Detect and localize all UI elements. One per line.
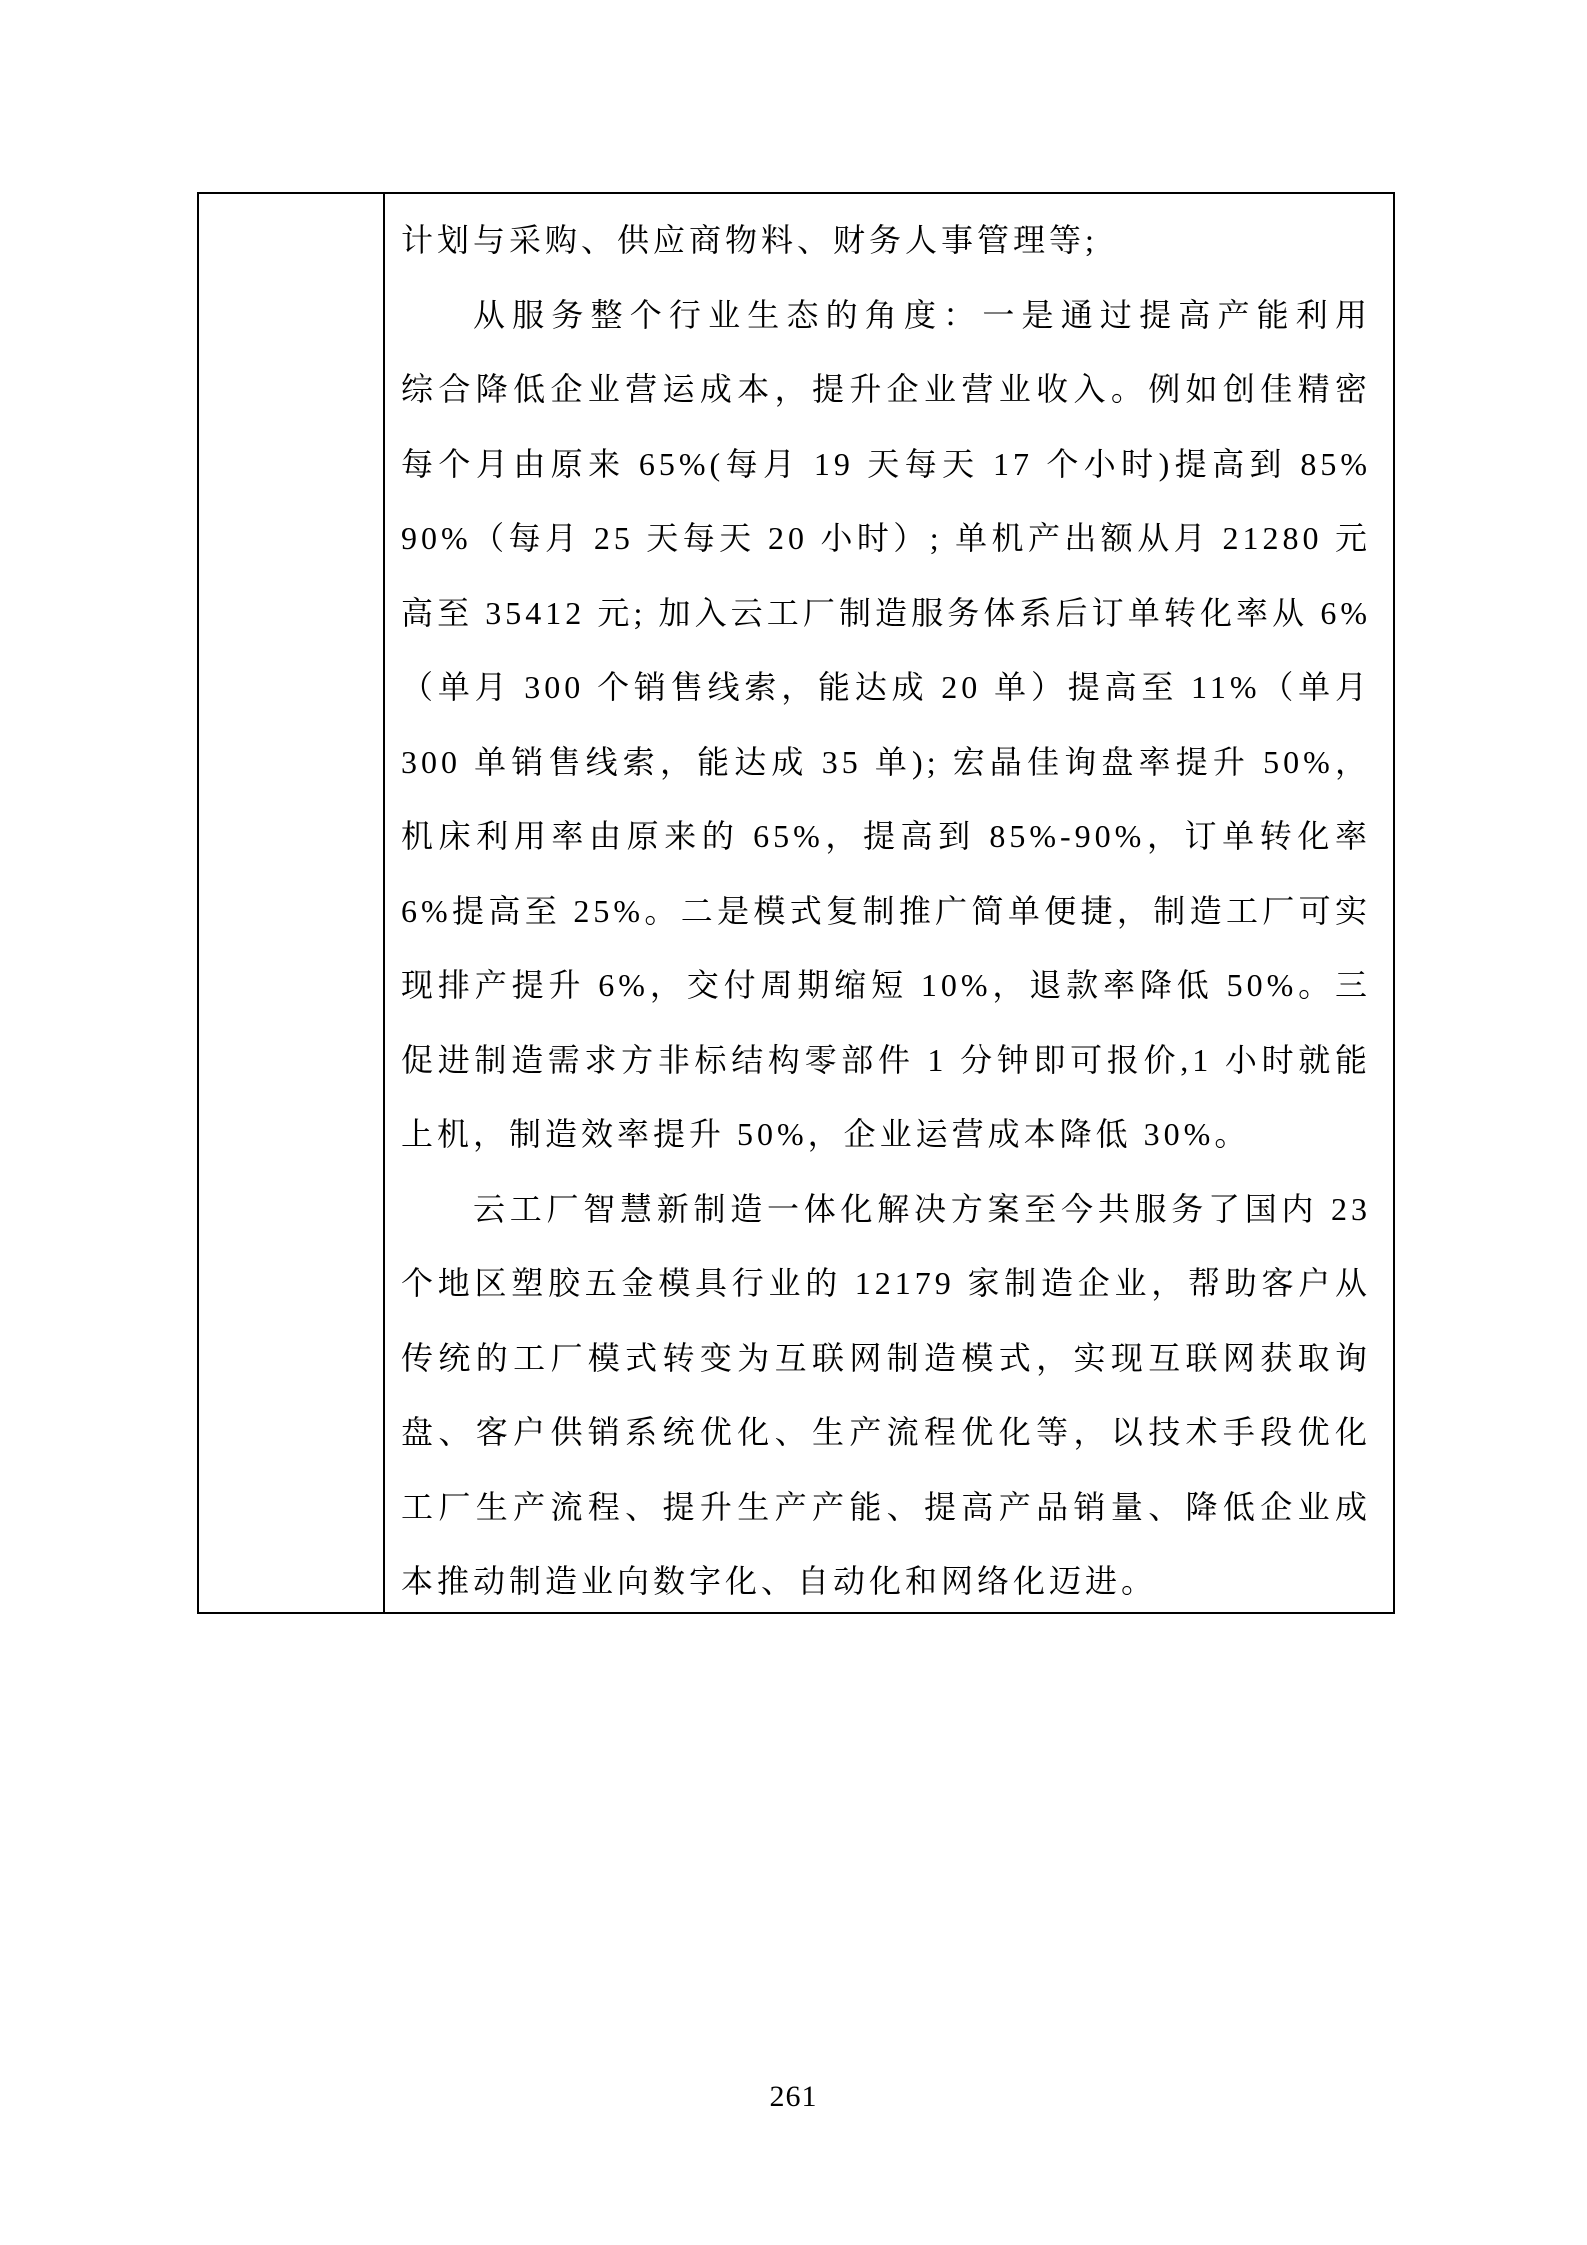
- content-table: 计划与采购、供应商物料、财务人事管理等; 从服务整个行业生态的角度：一是通过提高…: [197, 192, 1395, 1614]
- text-line: 现排产提升 6%，交付周期缩短 10%，退款率降低 50%。三是: [401, 948, 1371, 1023]
- text-line: 90%（每月 25 天每天 20 小时）; 单机产出额从月 21280 元提: [401, 501, 1371, 576]
- text-line: 上机，制造效率提升 50%，企业运营成本降低 30%。: [401, 1097, 1371, 1172]
- text-line: 6%提高至 25%。二是模式复制推广简单便捷，制造工厂可实: [401, 874, 1371, 949]
- text-line: 从服务整个行业生态的角度：一是通过提高产能利用率，: [401, 278, 1371, 353]
- page-number: 261: [0, 2080, 1587, 2114]
- text-line: 工厂生产流程、提升生产产能、提高产品销量、降低企业成: [401, 1470, 1371, 1545]
- text-line: 盘、客户供销系统优化、生产流程优化等，以技术手段优化: [401, 1395, 1371, 1470]
- text-line: （单月 300 个销售线索，能达成 20 单）提高至 11%（单月: [401, 650, 1371, 725]
- text-line: 云工厂智慧新制造一体化解决方案至今共服务了国内 23: [401, 1172, 1371, 1247]
- table-cell-content: 计划与采购、供应商物料、财务人事管理等; 从服务整个行业生态的角度：一是通过提高…: [385, 194, 1393, 1612]
- text-line: 综合降低企业营运成本，提升企业营业收入。例如创佳精密: [401, 352, 1371, 427]
- document-page: 计划与采购、供应商物料、财务人事管理等; 从服务整个行业生态的角度：一是通过提高…: [0, 0, 1587, 2245]
- text-line: 高至 35412 元; 加入云工厂制造服务体系后订单转化率从 6%: [401, 576, 1371, 651]
- text-line: 本推动制造业向数字化、自动化和网络化迈进。: [401, 1544, 1371, 1612]
- text-line: 机床利用率由原来的 65%，提高到 85%-90%，订单转化率从: [401, 799, 1371, 874]
- text-line: 促进制造需求方非标结构零部件 1 分钟即可报价,1 小时就能: [401, 1023, 1371, 1098]
- table-cell-label: [199, 194, 385, 1612]
- text-line: 传统的工厂模式转变为互联网制造模式，实现互联网获取询: [401, 1321, 1371, 1396]
- text-line: 计划与采购、供应商物料、财务人事管理等;: [401, 203, 1371, 278]
- text-line: 300 单销售线索，能达成 35 单); 宏晶佳询盘率提升 50%，: [401, 725, 1371, 800]
- text-line: 个地区塑胶五金模具行业的 12179 家制造企业，帮助客户从: [401, 1246, 1371, 1321]
- text-line: 每个月由原来 65%(每月 19 天每天 17 个小时)提高到 85%～: [401, 427, 1371, 502]
